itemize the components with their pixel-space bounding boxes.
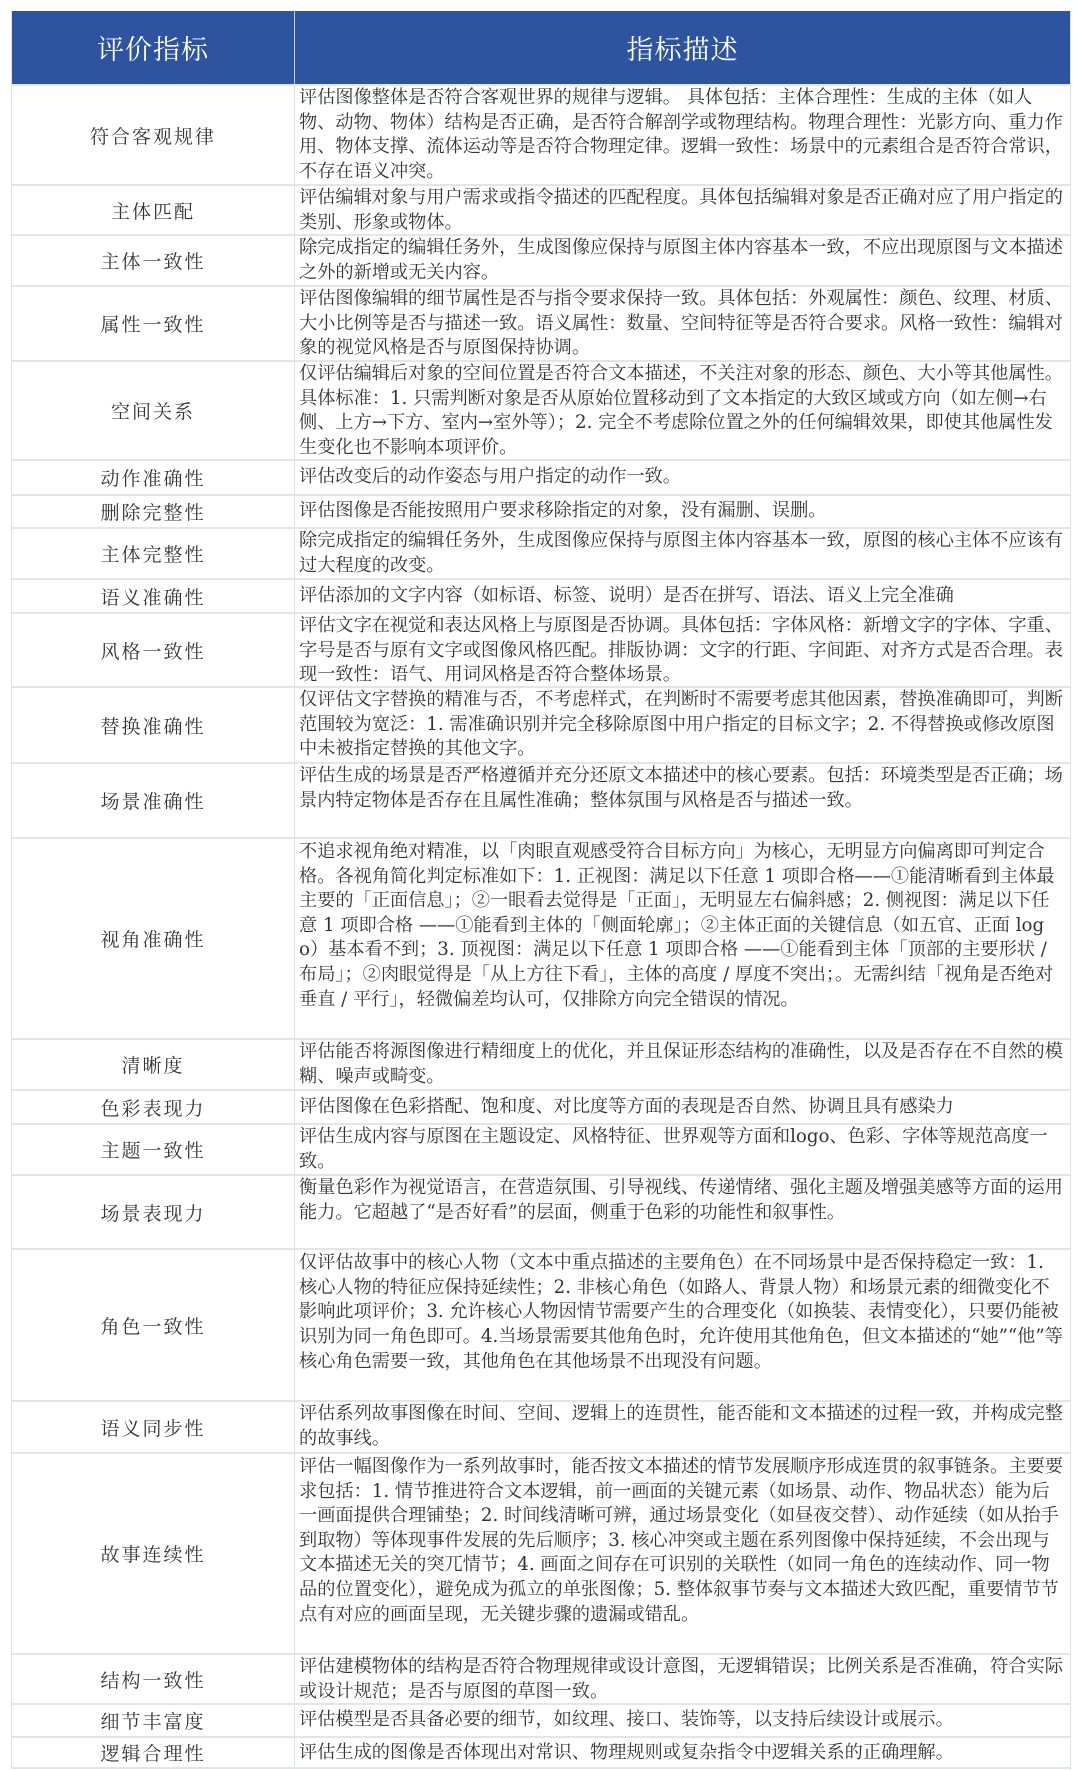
table-row: 色彩表现力 评估图像在色彩搭配、饱和度、对比度等方面的表现是否自然、协调且具有感… <box>12 1089 1070 1123</box>
table-row: 结构一致性 评估建模物体的结构是否符合物理规律或设计意图，无逻辑错误；比例关系是… <box>12 1653 1070 1703</box>
description-cell: 评估改变后的动作姿态与用户指定的动作一致。 <box>295 461 1070 494</box>
table-row: 语义同步性 评估系列故事图像在时间、空间、逻辑上的连贯性，能否能和文本描述的过程… <box>12 1400 1070 1452</box>
description-cell: 除完成指定的编辑任务外，生成图像应保持与原图主体内容基本一致，原图的核心主体不应… <box>295 529 1070 578</box>
table-row: 主体完整性 除完成指定的编辑任务外，生成图像应保持与原图主体内容基本一致，原图的… <box>12 527 1070 578</box>
description-cell: 评估文字在视觉和表达风格上与原图是否协调。具体包括：字体风格：新增文字的字体、字… <box>295 614 1070 686</box>
description-cell: 评估生成内容与原图在主题设定、风格特征、世界观等方面和logo、色彩、字体等规范… <box>295 1125 1070 1174</box>
description-cell: 评估生成的场景是否严格遵循并充分还原文本描述中的核心要素。包括：环境类型是否正确… <box>295 764 1070 837</box>
metric-cell: 符合客观规律 <box>12 86 295 184</box>
header-description: 指标描述 <box>295 11 1070 84</box>
metric-cell: 风格一致性 <box>12 614 295 686</box>
table-row: 视角准确性 不追求视角绝对精准，以「肉眼直观感受符合目标方向」为核心，无明显方向… <box>12 837 1070 1038</box>
description-cell: 仅评估文字替换的精准与否，不考虑样式，在判断时不需要考虑其他因素，替换准确即可，… <box>295 688 1070 762</box>
table-row: 主体匹配 评估编辑对象与用户需求或指令描述的匹配程度。具体包括编辑对象是否正确对… <box>12 184 1070 234</box>
metric-cell: 场景表现力 <box>12 1176 295 1248</box>
description-cell: 评估图像在色彩搭配、饱和度、对比度等方面的表现是否自然、协调且具有感染力 <box>295 1091 1070 1123</box>
evaluation-metrics-table: 评价指标 指标描述 符合客观规律 评估图像整体是否符合客观世界的规律与逻辑。 具… <box>11 11 1071 1769</box>
table-row: 场景表现力 衡量色彩作为视觉语言，在营造氛围、引导视线、传递情绪、强化主题及增强… <box>12 1174 1070 1248</box>
table-row: 空间关系 仅评估编辑后对象的空间位置是否符合文本描述，不关注对象的形态、颜色、大… <box>12 360 1070 459</box>
table-row: 细节丰富度 评估模型是否具备必要的细节，如纹理、接口、装饰等，以支持后续设计或展… <box>12 1703 1070 1736</box>
description-cell: 评估建模物体的结构是否符合物理规律或设计意图，无逻辑错误；比例关系是否准确，符合… <box>295 1655 1070 1703</box>
metric-cell: 故事连续性 <box>12 1454 295 1653</box>
metric-cell: 视角准确性 <box>12 839 295 1038</box>
description-cell: 评估编辑对象与用户需求或指令描述的匹配程度。具体包括编辑对象是否正确对应了用户指… <box>295 186 1070 234</box>
metric-cell: 结构一致性 <box>12 1655 295 1703</box>
metric-cell: 角色一致性 <box>12 1250 295 1400</box>
table-row: 主体一致性 除完成指定的编辑任务外，生成图像应保持与原图主体内容基本一致，不应出… <box>12 234 1070 285</box>
table-row: 属性一致性 评估图像编辑的细节属性是否与指令要求保持一致。具体包括：外观属性：颜… <box>12 285 1070 360</box>
header-metric: 评价指标 <box>12 11 295 84</box>
metric-cell: 替换准确性 <box>12 688 295 762</box>
table-row: 风格一致性 评估文字在视觉和表达风格上与原图是否协调。具体包括：字体风格：新增文… <box>12 612 1070 686</box>
description-cell: 不追求视角绝对精准，以「肉眼直观感受符合目标方向」为核心，无明显方向偏离即可判定… <box>295 839 1070 1038</box>
metric-cell: 动作准确性 <box>12 461 295 494</box>
metric-cell: 语义准确性 <box>12 580 295 612</box>
table-row: 场景准确性 评估生成的场景是否严格遵循并充分还原文本描述中的核心要素。包括：环境… <box>12 762 1070 837</box>
metric-cell: 语义同步性 <box>12 1402 295 1452</box>
metric-cell: 逻辑合理性 <box>12 1738 295 1767</box>
table-header: 评价指标 指标描述 <box>12 11 1070 84</box>
table-row: 主题一致性 评估生成内容与原图在主题设定、风格特征、世界观等方面和logo、色彩… <box>12 1123 1070 1174</box>
table-row: 故事连续性 评估一幅图像作为一系列故事时，能否按文本描述的情节发展顺序形成连贯的… <box>12 1452 1070 1653</box>
table-row: 逻辑合理性 评估生成的图像是否体现出对常识、物理规则或复杂指令中逻辑关系的正确理… <box>12 1736 1070 1769</box>
metric-cell: 空间关系 <box>12 362 295 459</box>
metric-cell: 主体一致性 <box>12 236 295 285</box>
table-row: 清晰度 评估能否将源图像进行精细度上的优化，并且保证形态结构的准确性，以及是否存… <box>12 1038 1070 1089</box>
description-cell: 评估系列故事图像在时间、空间、逻辑上的连贯性，能否能和文本描述的过程一致，并构成… <box>295 1402 1070 1452</box>
table-body: 符合客观规律 评估图像整体是否符合客观世界的规律与逻辑。 具体包括：主体合理性：… <box>12 84 1070 1769</box>
metric-cell: 主体完整性 <box>12 529 295 578</box>
metric-cell: 主题一致性 <box>12 1125 295 1174</box>
table-row: 替换准确性 仅评估文字替换的精准与否，不考虑样式，在判断时不需要考虑其他因素，替… <box>12 686 1070 762</box>
metric-cell: 删除完整性 <box>12 496 295 527</box>
metric-cell: 属性一致性 <box>12 287 295 360</box>
description-cell: 除完成指定的编辑任务外，生成图像应保持与原图主体内容基本一致，不应出现原图与文本… <box>295 236 1070 285</box>
table-row: 删除完整性 评估图像是否能按照用户要求移除指定的对象，没有漏删、误删。 <box>12 494 1070 527</box>
description-cell: 评估模型是否具备必要的细节，如纹理、接口、装饰等，以支持后续设计或展示。 <box>295 1705 1070 1736</box>
table-row: 符合客观规律 评估图像整体是否符合客观世界的规律与逻辑。 具体包括：主体合理性：… <box>12 84 1070 184</box>
table-row: 语义准确性 评估添加的文字内容（如标语、标签、说明）是否在拼写、语法、语义上完全… <box>12 578 1070 612</box>
description-cell: 评估图像编辑的细节属性是否与指令要求保持一致。具体包括：外观属性：颜色、纹理、材… <box>295 287 1070 360</box>
description-cell: 评估添加的文字内容（如标语、标签、说明）是否在拼写、语法、语义上完全准确 <box>295 580 1070 612</box>
description-cell: 衡量色彩作为视觉语言，在营造氛围、引导视线、传递情绪、强化主题及增强美感等方面的… <box>295 1176 1070 1248</box>
description-cell: 评估图像是否能按照用户要求移除指定的对象，没有漏删、误删。 <box>295 496 1070 527</box>
metric-cell: 细节丰富度 <box>12 1705 295 1736</box>
metric-cell: 清晰度 <box>12 1040 295 1089</box>
metric-cell: 主体匹配 <box>12 186 295 234</box>
description-cell: 评估能否将源图像进行精细度上的优化，并且保证形态结构的准确性，以及是否存在不自然… <box>295 1040 1070 1089</box>
table-row: 角色一致性 仅评估故事中的核心人物（文本中重点描述的主要角色）在不同场景中是否保… <box>12 1248 1070 1400</box>
description-cell: 评估生成的图像是否体现出对常识、物理规则或复杂指令中逻辑关系的正确理解。 <box>295 1738 1070 1767</box>
description-cell: 仅评估编辑后对象的空间位置是否符合文本描述，不关注对象的形态、颜色、大小等其他属… <box>295 362 1070 459</box>
metric-cell: 场景准确性 <box>12 764 295 837</box>
table-row: 动作准确性 评估改变后的动作姿态与用户指定的动作一致。 <box>12 459 1070 494</box>
description-cell: 评估图像整体是否符合客观世界的规律与逻辑。 具体包括：主体合理性：生成的主体（如… <box>295 86 1070 184</box>
description-cell: 仅评估故事中的核心人物（文本中重点描述的主要角色）在不同场景中是否保持稳定一致：… <box>295 1250 1070 1400</box>
metric-cell: 色彩表现力 <box>12 1091 295 1123</box>
description-cell: 评估一幅图像作为一系列故事时，能否按文本描述的情节发展顺序形成连贯的叙事链条。主… <box>295 1454 1070 1653</box>
